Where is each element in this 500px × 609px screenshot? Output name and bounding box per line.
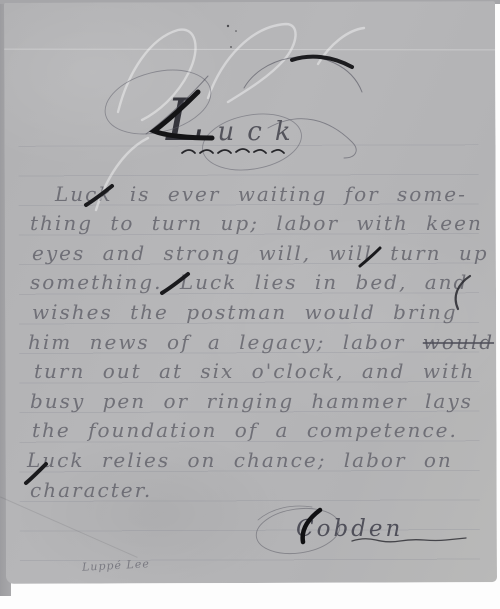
line-text: the foundation of a competence. xyxy=(32,418,458,442)
handwriting-line: busy pen or ringing hammer lays xyxy=(30,389,473,413)
paper-crease xyxy=(4,49,495,51)
handwriting-line: Luck relies on chance; labor on xyxy=(27,448,453,472)
scanned-page: Luck Luck is ever waiting for some- thin… xyxy=(0,0,500,609)
line-text: him news of a legacy; labor xyxy=(28,330,423,354)
handwriting-line: Luck is ever waiting for some- xyxy=(55,182,467,206)
line-text: Luck is ever waiting for some- xyxy=(55,182,467,206)
handwriting-line: him news of a legacy; labor would xyxy=(28,330,494,354)
line-text: character. xyxy=(30,478,152,502)
line-text: wishes the postman would bring xyxy=(32,300,458,324)
line-text: Luck relies on chance; labor on xyxy=(27,448,453,472)
handwriting-line: character. xyxy=(30,478,152,502)
handwriting-line: the foundation of a competence. xyxy=(32,418,458,442)
signature: Cobden xyxy=(296,516,403,542)
document-title: Luck xyxy=(166,86,304,154)
handwriting-line: wishes the postman would bring xyxy=(32,300,458,324)
handwriting-line: thing to turn up; labor with keen xyxy=(30,211,483,235)
line-text: thing to turn up; labor with keen xyxy=(30,211,483,235)
ruled-lines xyxy=(18,144,479,566)
handwriting-line: turn out at six o'clock, and with xyxy=(34,359,475,383)
line-text: busy pen or ringing hammer lays xyxy=(30,389,473,413)
handwriting-line: something. Luck lies in bed, and xyxy=(30,270,468,294)
handwriting-line: eyes and strong will, will turn up xyxy=(32,241,489,265)
struck-word: would xyxy=(423,330,494,354)
line-text: eyes and strong will, will turn up xyxy=(32,241,489,265)
line-text: turn out at six o'clock, and with xyxy=(34,359,475,383)
line-text: something. Luck lies in bed, and xyxy=(30,270,468,294)
